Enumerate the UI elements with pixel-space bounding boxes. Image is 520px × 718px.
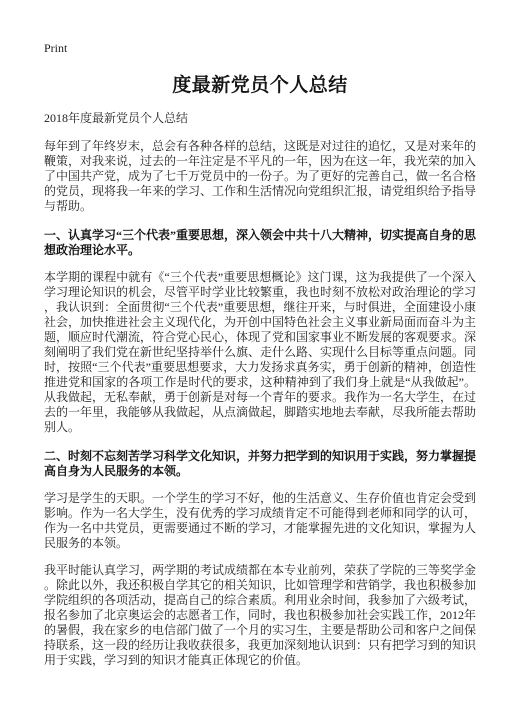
paragraph-section-2a: 学习是学生的天职。一个学生的学习不好，他的生活意义、生存价值也肯定会受到影响。作… <box>44 491 476 551</box>
document-body: 每年到了年终岁末，总会有各种各样的总结，这既是对过往的追忆，又是对来年的鞭策，对… <box>44 139 476 668</box>
section-heading-1: 一、认真学习“三个代表”重要思想，深入领会中共十八大精神，切实提高自身的思想政治… <box>44 228 476 258</box>
document-subtitle: 2018年度最新党员个人总结 <box>44 111 476 126</box>
print-link[interactable]: Print <box>44 42 67 55</box>
page-title: 度最新党员个人总结 <box>44 74 476 97</box>
paragraph-intro: 每年到了年终岁末，总会有各种各样的总结，这既是对过往的追忆，又是对来年的鞭策，对… <box>44 139 476 214</box>
document-page: Print 度最新党员个人总结 2018年度最新党员个人总结 每年到了年终岁末，… <box>0 0 520 718</box>
paragraph-section-2b: 我平时能认真学习，两学期的考试成绩都在本专业前列，荣获了学院的三等奖学金。除此以… <box>44 563 476 668</box>
paragraph-section-1: 本学期的课程中就有《“三个代表”重要思想概论》这门课，这为我提供了一个深入学习理… <box>44 270 476 435</box>
section-heading-2: 二、时刻不忘刻苦学习科学文化知识，并努力把学到的知识用于实践，努力掌握提高自身为… <box>44 449 476 479</box>
